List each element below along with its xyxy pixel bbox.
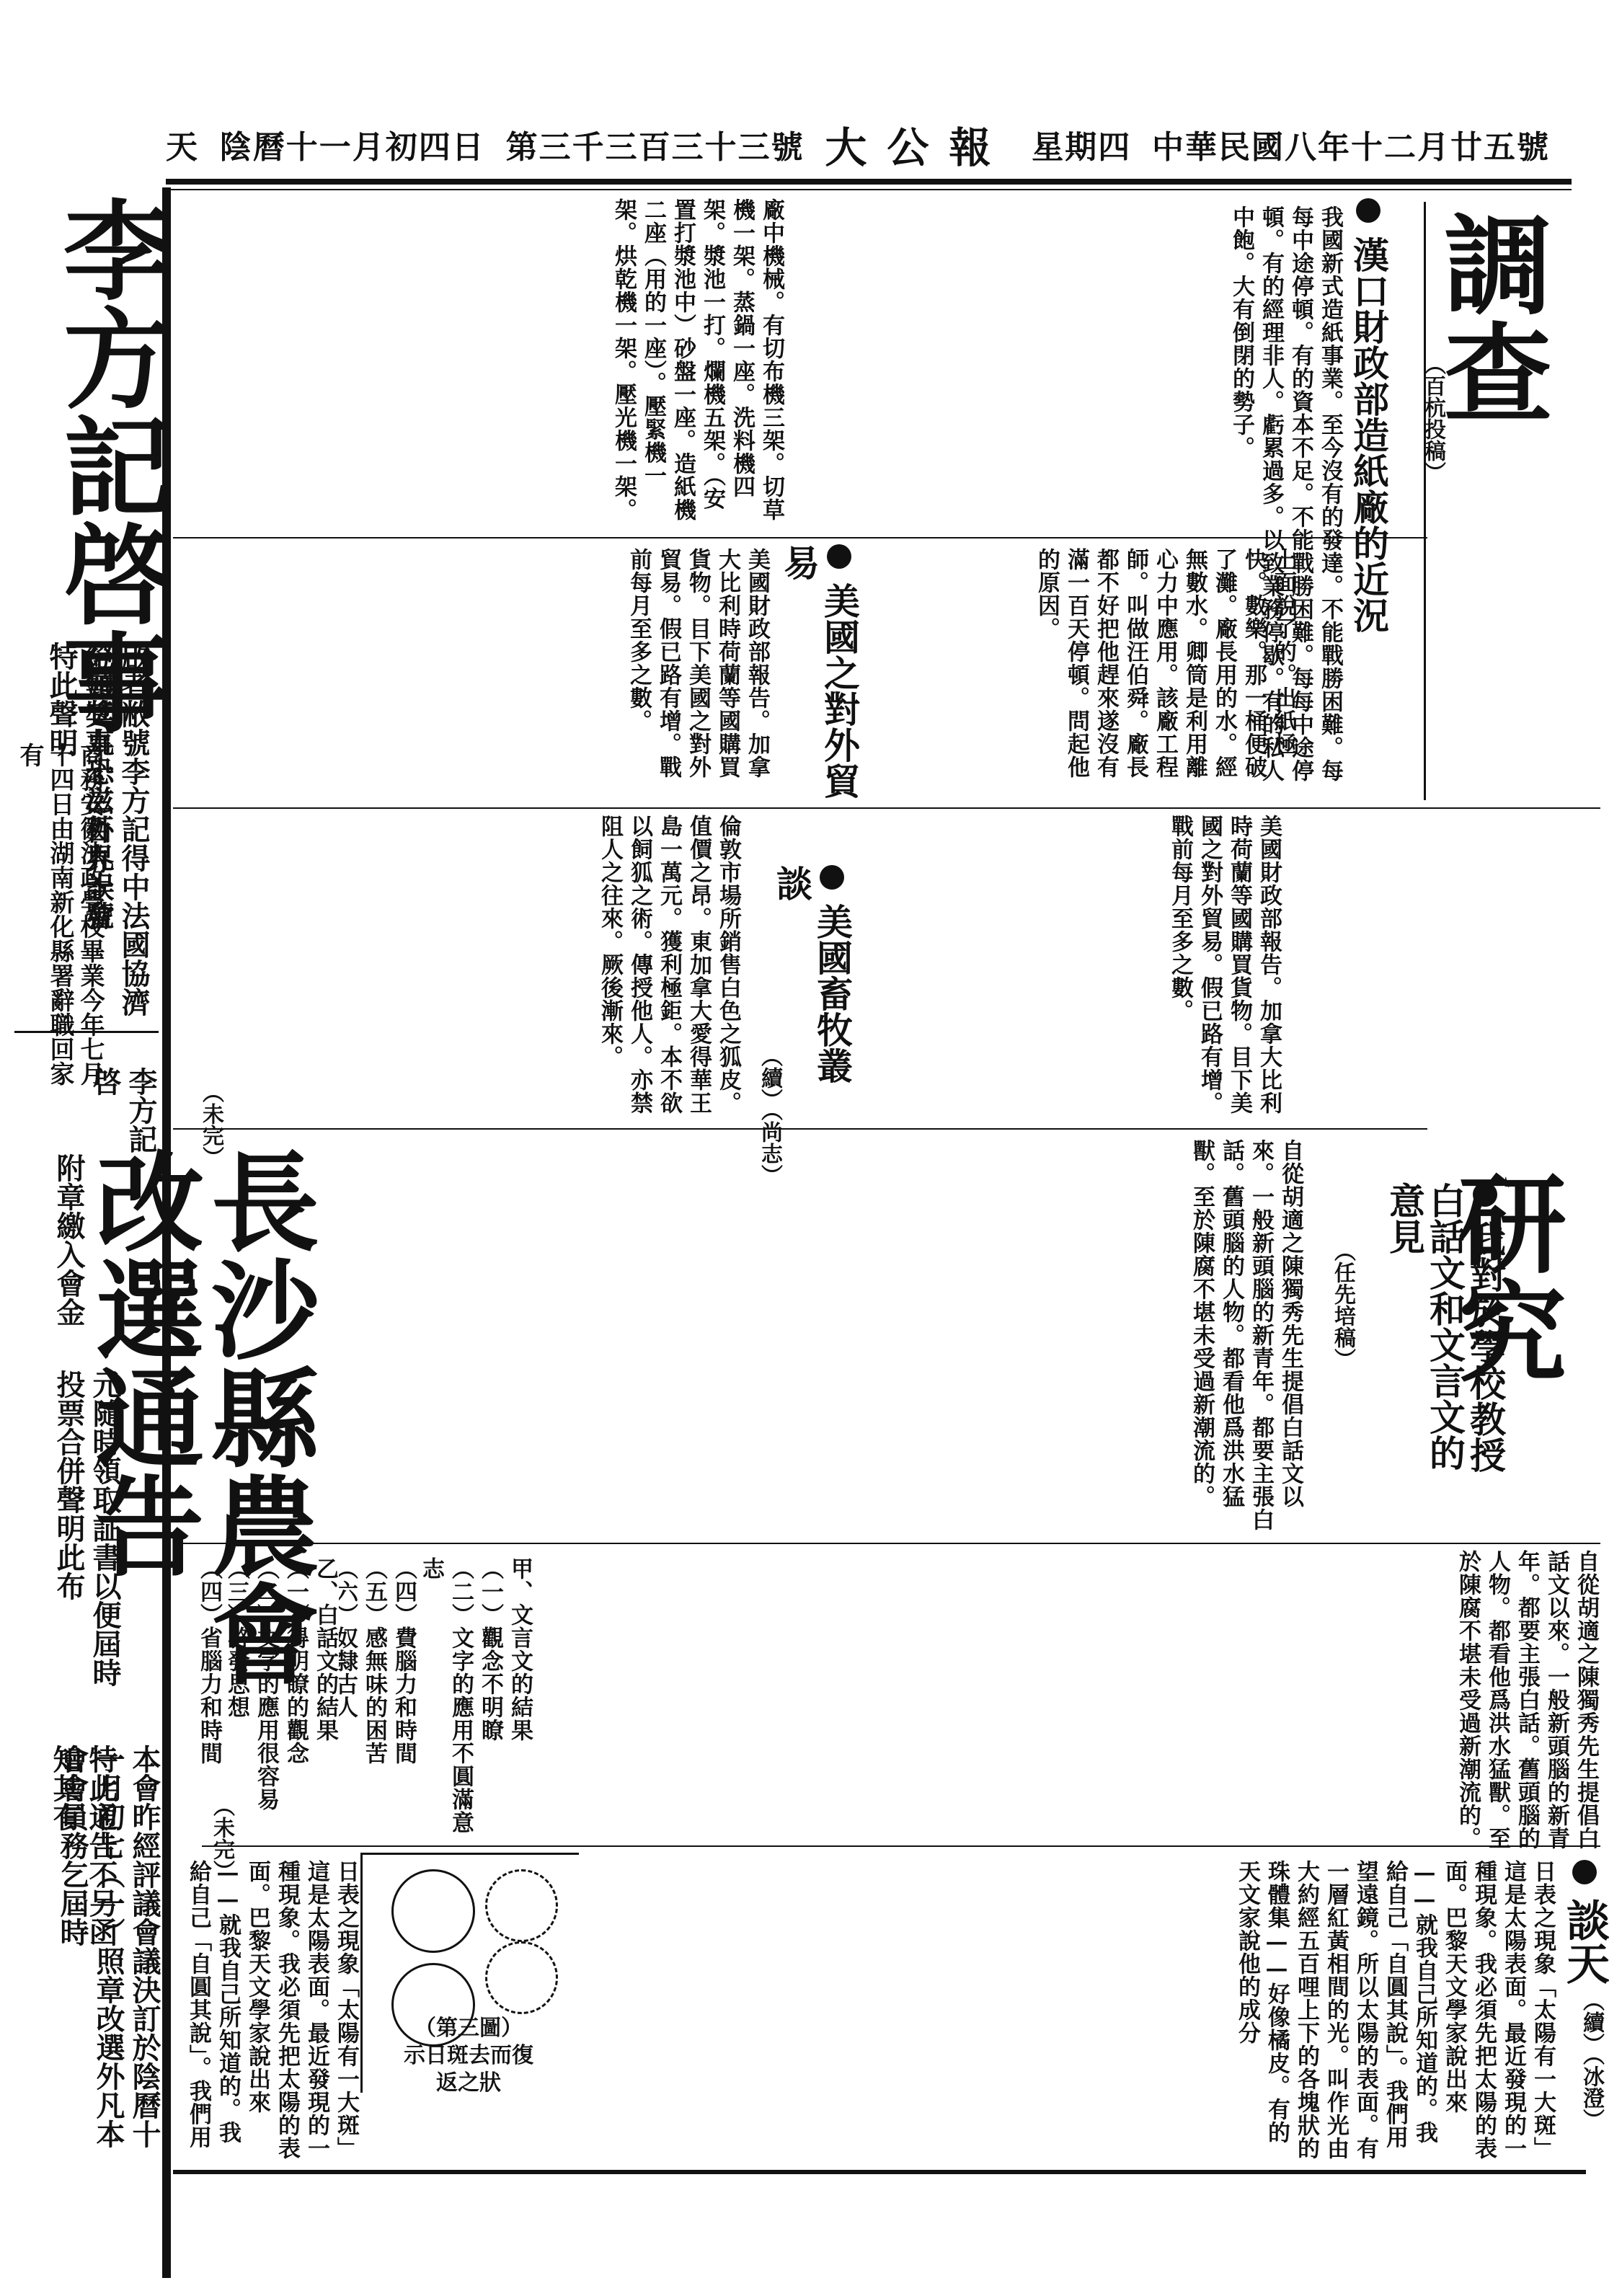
row-divider	[173, 1128, 1427, 1130]
bottom-rule	[173, 2170, 1586, 2174]
row-divider	[202, 1845, 1600, 1847]
bullet-icon	[827, 544, 851, 569]
section-title-chat: 談天	[1559, 1898, 1610, 1985]
figure-caption-line: 示日斑去而復	[375, 2042, 562, 2070]
masthead-date-lunar: 陰曆十一月初四日	[220, 121, 485, 167]
article-research-heading: 我對於學校教授白話文和文言文的意見	[1384, 1182, 1505, 1485]
section-chat-heading: 談天	[1564, 1860, 1605, 1985]
bullet-icon	[1473, 1182, 1497, 1207]
article-us-trade-heading: 美國之對外貿易	[779, 544, 859, 804]
ad-changsha-note-2: 元隨時領取証書以便屆時投票合併聲明此布	[50, 1370, 123, 1694]
masthead-date-gregorian: 中華民國八年十二月廿五號	[1152, 121, 1550, 167]
row-divider	[173, 537, 1427, 538]
article-title: 美國之對外貿易	[778, 544, 861, 799]
article-body: 自從胡適之陳獨秀先生提倡白話文以來。一般新頭腦的新青年。都要主張白話。舊頭腦的人…	[195, 1139, 1305, 1535]
article-body-continued: 日表之現象「太陽有一大斑」這是太陽表面。最近發現的一種現象。我必須先把太陽的表面…	[187, 1860, 360, 2163]
figure-label: （第三圖）	[375, 2015, 562, 2042]
article-byline: （任先培稿）	[1326, 1240, 1358, 1370]
bullet-icon	[1356, 198, 1381, 223]
article-body: 日表之現象「太陽有一大斑」這是太陽表面。最近發現的一種現象。我必須先把太陽的表面…	[591, 1860, 1557, 2163]
article-body-continued: 自從胡適之陳獨秀先生提倡白話文以來。一般新頭腦的新青年。都要主張白話。舊頭腦的人…	[836, 1550, 1600, 1867]
masthead-rule	[166, 179, 1572, 185]
article-investigation: 漢口財政部造紙廠的近況	[1348, 198, 1388, 645]
ad-li-fang-ji-body-2: 絕無其事恐滋外界誤會特此聲明	[43, 642, 115, 930]
column-rule	[1424, 202, 1426, 800]
masthead-extra: 天	[166, 121, 199, 167]
section-title-investigation: 調查	[1435, 209, 1543, 569]
bullet-icon	[1572, 1860, 1597, 1884]
masthead-paper-name: 大公報	[825, 114, 1011, 174]
list-item: （五）感無味的困苦	[359, 1557, 389, 1845]
article-title: 漢口財政部造紙廠的近況	[1347, 236, 1390, 633]
ad-li-fang-ji-signature: 李方記啓	[87, 1067, 159, 1153]
list-item: （六）奴隸古人	[339, 1557, 359, 1845]
sun-circle-icon	[391, 1869, 475, 1953]
sun-circle-icon	[485, 1941, 558, 2014]
list-a-items-2: （四）費腦力和時間 （五）感無味的困苦 （六）奴隸古人	[339, 1557, 418, 1845]
masthead-rule-thin	[166, 189, 1572, 190]
list-a-items: （一）觀念不明瞭 （二）文字的應用不圓滿意志 （三）思想不能盡致的發揮	[418, 1557, 505, 1845]
figure-caption-line: 返之狀	[375, 2070, 562, 2097]
article-byline: （續）（冰澄）	[1575, 1990, 1607, 2130]
ad-changsha-body-2: 特此通告不另函知其有	[47, 1745, 119, 1961]
article-body-continued: 上面說了的。出紙極快。數樂。那一桶便破了灘。廠長用的水。經無數水。卿筒是利用離心…	[793, 548, 1298, 800]
list-item: （一）觀念不明瞭	[475, 1557, 505, 1845]
masthead: 中華民國八年十二月廿五號 星期四 大公報 第三千三百三十三號 陰曆十一月初四日 …	[166, 119, 1550, 169]
article-body-machinery: 廠中機械。有切布機三架。切草機一架。蒸鍋一座。洗料機四架。漿池一打。爛機五架。（…	[173, 198, 786, 530]
ad-changsha-note: 附章繳入會金	[50, 1153, 87, 1355]
masthead-weekday: 星期四	[1032, 121, 1131, 167]
sun-circle-icon	[485, 1869, 558, 1942]
diagram-caption: （第三圖） 示日斑去而復 返之狀	[375, 2015, 562, 2097]
list-a: 甲、文言文的結果	[505, 1557, 534, 1845]
article-byline: （百杭投稿）	[1417, 353, 1448, 483]
row-divider	[173, 807, 1600, 809]
article-body: 美國財政部報告。加拿大比利時荷蘭等國購買貨物。目下美國之對外貿易。假已路有增。戰…	[807, 815, 1283, 1117]
list-item: （四）費腦力和時間	[389, 1557, 418, 1845]
masthead-issue-number: 第三千三百三十三號	[506, 121, 805, 167]
list-item: （二）文字的應用不圓滿意志	[418, 1557, 475, 1845]
row-divider	[173, 1543, 1600, 1544]
article-body: 倫敦市場所銷售白色之狐皮。值價之昂。東加拿大愛得華王島一萬元。獲利極鉅。本不欲以…	[195, 815, 743, 1117]
article-body: 美國財政部報告。加拿大比利時荷蘭等國購買貨物。目下美國之對外貿易。假已路有增。戰…	[180, 548, 771, 800]
list-heading: 甲、文言文的結果	[505, 1557, 534, 1845]
article-title: 我對於學校教授白話文和文言文的意見	[1383, 1182, 1507, 1473]
